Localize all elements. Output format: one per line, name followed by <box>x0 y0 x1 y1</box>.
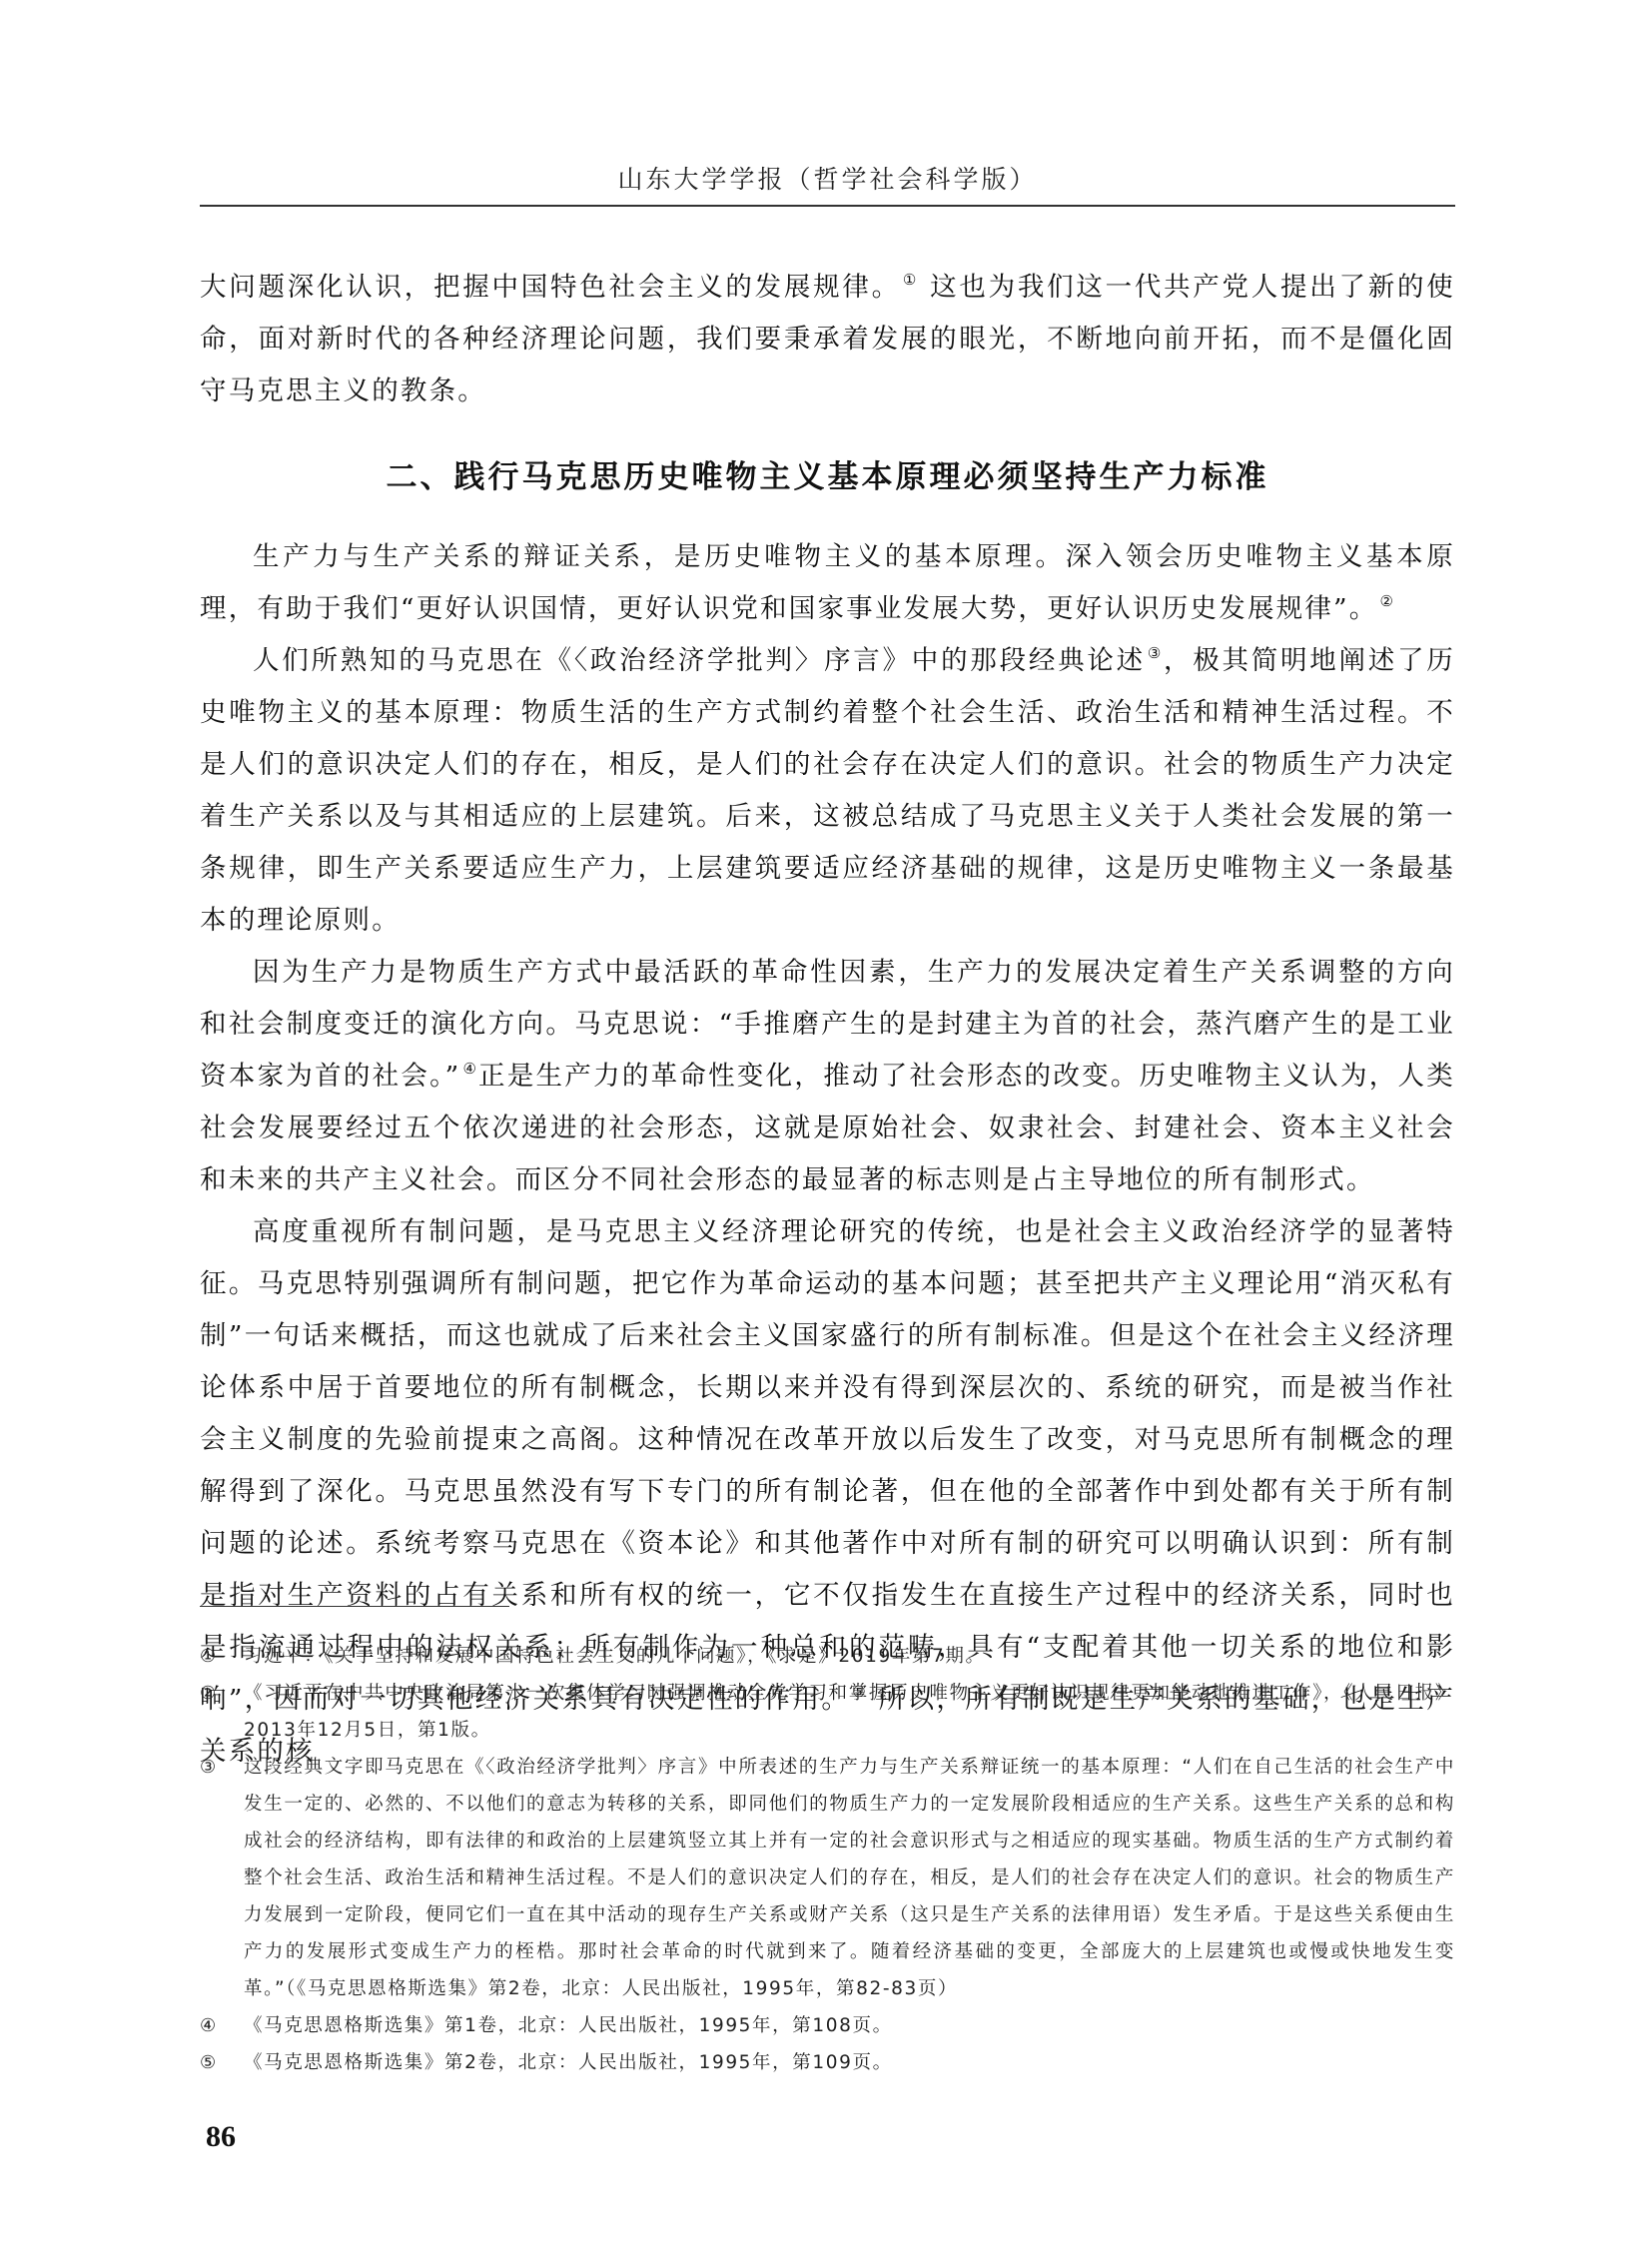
footnote-ref-4[interactable]: ④ <box>462 1060 476 1078</box>
article-body: 大问题深化认识，把握中国特色社会主义的发展规律。① 这也为我们这一代共产党人提出… <box>200 262 1455 1778</box>
footnote-ref-1[interactable]: ① <box>903 271 917 289</box>
footnote-1: ① 习近平：《关于坚持和发展中国特色社会主义的几个问题》，《求是》2019年第7… <box>200 1638 1455 1675</box>
footnote-mark: ③ <box>200 1749 244 1786</box>
running-head-journal-title: 山东大学学报（哲学社会科学版） <box>200 160 1455 196</box>
footnote-mark: ② <box>200 1675 244 1712</box>
footnote-mark: ① <box>200 1638 244 1675</box>
footnote-2: ② 《习近平在中共中央政治局第十一次集体学习时强调推动全党学习和掌握历史唯物主义… <box>200 1675 1455 1749</box>
page-number: 86 <box>206 2120 236 2154</box>
footnote-text: 《马克思恩格斯选集》第2卷，北京：人民出版社，1995年，第109页。 <box>244 2044 1455 2081</box>
journal-page: 山东大学学报（哲学社会科学版） 大问题深化认识，把握中国特色社会主义的发展规律。… <box>200 0 1455 2241</box>
footnote-text: 《马克思恩格斯选集》第1卷，北京：人民出版社，1995年，第108页。 <box>244 2007 1455 2044</box>
paragraph: 人们所熟知的马克思在《〈政治经济学批判〉序言》中的那段经典论述③，极其简明地阐述… <box>200 635 1455 947</box>
header-rule <box>200 205 1455 207</box>
footnote-text: 《习近平在中共中央政治局第十一次集体学习时强调推动全党学习和掌握历史唯物主义更好… <box>244 1675 1455 1749</box>
footnote-4: ④ 《马克思恩格斯选集》第1卷，北京：人民出版社，1995年，第108页。 <box>200 2007 1455 2044</box>
footnote-5: ⑤ 《马克思恩格斯选集》第2卷，北京：人民出版社，1995年，第109页。 <box>200 2044 1455 2081</box>
footnote-text: 这段经典文字即马克思在《〈政治经济学批判〉序言》中所表述的生产力与生产关系辩证统… <box>244 1749 1455 2007</box>
footnote-ref-3[interactable]: ③ <box>1148 644 1162 662</box>
paragraph: 因为生产力是物质生产方式中最活跃的革命性因素，生产力的发展决定着生产关系调整的方… <box>200 947 1455 1206</box>
footnote-text: 习近平：《关于坚持和发展中国特色社会主义的几个问题》，《求是》2019年第7期。 <box>244 1638 1455 1675</box>
paragraph-text: 大问题深化认识，把握中国特色社会主义的发展规律。 <box>200 272 901 303</box>
paragraph: 生产力与生产关系的辩证关系，是历史唯物主义的基本原理。深入领会历史唯物主义基本原… <box>200 531 1455 635</box>
footnote-3: ③ 这段经典文字即马克思在《〈政治经济学批判〉序言》中所表述的生产力与生产关系辩… <box>200 1749 1455 2007</box>
footnote-separator <box>200 1606 509 1607</box>
paragraph-text: 生产力与生产关系的辩证关系，是历史唯物主义的基本原理。深入领会历史唯物主义基本原… <box>200 541 1455 624</box>
footnote-mark: ④ <box>200 2007 244 2044</box>
section-heading: 二、践行马克思历史唯物主义基本原理必须坚持生产力标准 <box>200 451 1455 503</box>
paragraph-text: 人们所熟知的马克思在《〈政治经济学批判〉序言》中的那段经典论述 <box>253 645 1146 676</box>
footnote-ref-2[interactable]: ② <box>1380 592 1393 610</box>
paragraph-text: ，极其简明地阐述了历史唯物主义的基本原理：物质生活的生产方式制约着整个社会生活、… <box>200 645 1455 936</box>
paragraph: 大问题深化认识，把握中国特色社会主义的发展规律。① 这也为我们这一代共产党人提出… <box>200 262 1455 417</box>
footnote-mark: ⑤ <box>200 2044 244 2081</box>
footnotes: ① 习近平：《关于坚持和发展中国特色社会主义的几个问题》，《求是》2019年第7… <box>200 1638 1455 2081</box>
